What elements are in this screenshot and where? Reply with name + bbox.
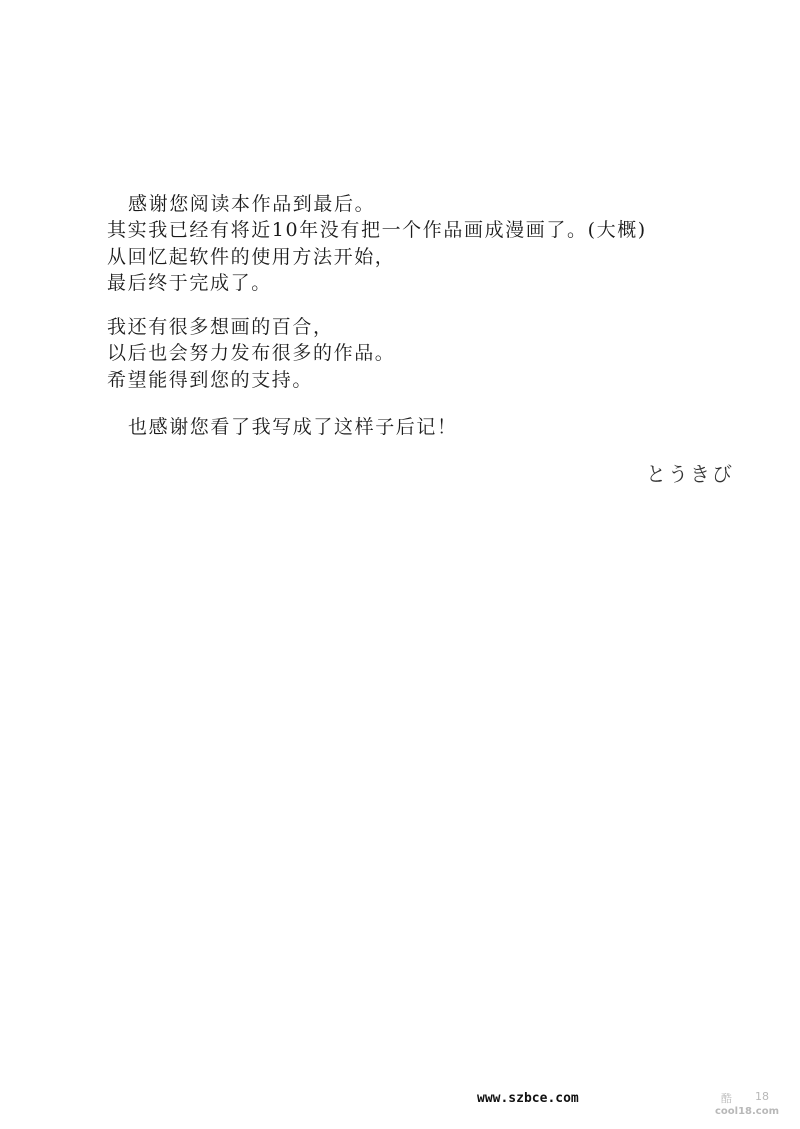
afterword-paragraph-2: 我还有很多想画的百合， 以后也会努力发布很多的作品。 希望能得到您的支持。 — [107, 314, 747, 393]
watermark-url: www.szbce.com — [477, 1091, 579, 1106]
author-signature: とうきび — [646, 458, 734, 487]
text-line: 希望能得到您的支持。 — [107, 367, 747, 393]
afterword-paragraph-3: 也感谢您看了我写成了这样子后记！ — [107, 414, 747, 440]
text-line: 从回忆起软件的使用方法开始， — [107, 244, 747, 270]
afterword-paragraph-1: 感谢您阅读本作品到最后。 其实我已经有将近10年没有把一个作品画成漫画了。(大概… — [107, 191, 747, 296]
logo-domain: cool18.com — [715, 1106, 775, 1117]
text-line: 以后也会努力发布很多的作品。 — [107, 340, 747, 366]
text-line: 我还有很多想画的百合， — [107, 314, 747, 340]
logo-number: 18 — [755, 1090, 769, 1106]
text-line: 其实我已经有将近10年没有把一个作品画成漫画了。(大概) — [107, 217, 747, 243]
text-line: 感谢您阅读本作品到最后。 — [107, 191, 747, 217]
site-logo: 酷 18 cool18.com — [715, 1090, 775, 1118]
logo-glyph: 酷 — [721, 1090, 732, 1106]
text-line: 也感谢您看了我写成了这样子后记！ — [107, 414, 747, 440]
text-line: 最后终于完成了。 — [107, 270, 747, 296]
